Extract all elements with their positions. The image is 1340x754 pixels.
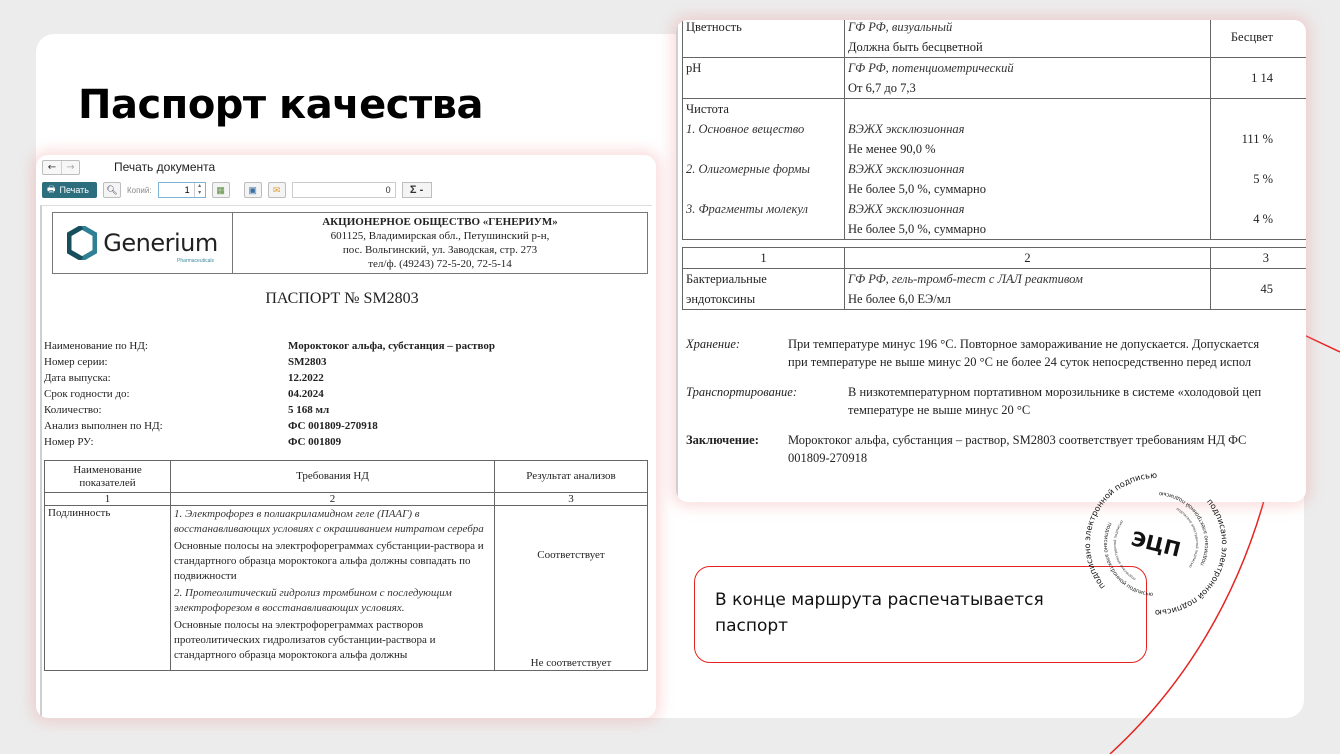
callout-line: В конце маршрута распечатывается bbox=[715, 590, 1044, 610]
method-text: 1. Электрофорез в полиакриламидном геле … bbox=[174, 507, 491, 537]
column-number: 2 bbox=[171, 493, 495, 506]
requirement-text: Не менее 90,0 % bbox=[848, 139, 1207, 159]
callout-line: паспорт bbox=[715, 616, 788, 636]
requirement-cell: ВЭЖХ эксклюзионная Не менее 90,0 % ВЭЖХ … bbox=[845, 99, 1211, 240]
info-value: 04.2024 bbox=[288, 386, 324, 402]
note-line: при температуре не выше минус 20 °С не б… bbox=[788, 355, 1251, 369]
method-text: ГФ РФ, визуальный bbox=[848, 20, 1207, 37]
note-text: В низкотемпературном портативном морозил… bbox=[848, 383, 1261, 419]
results-table: Наименование показателей Требования НД Р… bbox=[44, 460, 648, 671]
info-row: Анализ выполнен по НД:ФС 001809-270918 bbox=[44, 418, 495, 434]
info-key: Анализ выполнен по НД: bbox=[44, 418, 288, 434]
document-preview[interactable]: Generium Pharmaceuticals АКЦИОНЕРНОЕ ОБЩ… bbox=[40, 205, 652, 718]
print-button[interactable]: 🖶 Печать bbox=[42, 182, 97, 198]
svg-text:ЭЦП: ЭЦП bbox=[1129, 526, 1183, 561]
info-value: 12.2022 bbox=[288, 370, 324, 386]
table-row: Подлинность 1. Электрофорез в полиакрила… bbox=[45, 506, 648, 671]
requirement-text: Не более 6,0 ЕЭ/мл bbox=[848, 289, 1207, 309]
group-name: Чистота bbox=[686, 99, 841, 119]
company-address-2: пос. Вольгинский, ул. Заводская, стр. 27… bbox=[233, 243, 647, 257]
info-key: Наименование по НД: bbox=[44, 338, 288, 354]
method-text: ВЭЖХ эксклюзионная bbox=[848, 159, 1207, 179]
info-row: Количество:5 168 мл bbox=[44, 402, 495, 418]
table-row: Чистота 1. Основное вещество 2. Олигомер… bbox=[683, 99, 1307, 240]
preview-icon: 🔍︎ bbox=[106, 185, 117, 196]
indicator-name: Бактериальныеэндотоксины bbox=[683, 269, 845, 310]
requirement-text: Основные полосы на электрофореграммах ра… bbox=[174, 618, 491, 663]
note-text: Мороктоког альфа, субстанция – раствор, … bbox=[788, 431, 1246, 467]
requirement-text: Основные полосы на электрофореграммах су… bbox=[174, 539, 491, 584]
info-value: Мороктоког альфа, субстанция – раствор bbox=[288, 338, 495, 354]
requirement-cell: ГФ РФ, потенциометрическийОт 6,7 до 7,3 bbox=[845, 58, 1211, 99]
column-number-row: 1 2 3 bbox=[683, 248, 1307, 269]
copies-stepper[interactable]: 1 ▴▾ bbox=[158, 182, 206, 198]
column-header: Наименование показателей bbox=[45, 461, 171, 493]
window-title: Печать документа bbox=[114, 160, 215, 174]
requirement-text: От 6,7 до 7,3 bbox=[848, 78, 1207, 98]
company-header: Generium Pharmaceuticals АКЦИОНЕРНОЕ ОБЩ… bbox=[52, 212, 648, 274]
requirement-cell: ГФ РФ, гель-тромб-тест с ЛАЛ реактивомНе… bbox=[845, 269, 1211, 310]
mail-icon: ✉ bbox=[273, 185, 281, 196]
column-number: 1 bbox=[45, 493, 171, 506]
note-line: Мороктоког альфа, субстанция – раствор, … bbox=[788, 433, 1246, 447]
column-number: 3 bbox=[1211, 248, 1307, 269]
result-text: 4 % bbox=[1214, 209, 1273, 229]
indicator-name: Цветность bbox=[683, 20, 845, 58]
info-key: Номер серии: bbox=[44, 354, 288, 370]
info-key: Срок годности до: bbox=[44, 386, 288, 402]
column-number: 2 bbox=[845, 248, 1211, 269]
forward-arrow-icon[interactable]: → bbox=[61, 161, 79, 174]
save-icon: ▣ bbox=[248, 185, 257, 196]
mail-button[interactable]: ✉ bbox=[268, 182, 286, 198]
table-row: Цветность ГФ РФ, визуальныйДолжна быть б… bbox=[683, 20, 1307, 58]
note-label: Заключение: bbox=[686, 431, 788, 467]
info-value: ФС 001809-270918 bbox=[288, 418, 378, 434]
info-row: Срок годности до:04.2024 bbox=[44, 386, 495, 402]
column-number: 1 bbox=[683, 248, 845, 269]
column-number-row: 1 2 3 bbox=[45, 493, 648, 506]
copies-value[interactable]: 1 bbox=[185, 183, 195, 197]
result-cell: Соответствует Не соответствует bbox=[495, 506, 648, 671]
spin-arrows-icon[interactable]: ▴▾ bbox=[195, 183, 205, 197]
company-phone: тел/ф. (49243) 72-5-20, 72-5-14 bbox=[233, 257, 647, 271]
info-key: Номер РУ: bbox=[44, 434, 288, 450]
print-toolbar: 🖶 Печать 🔍︎ Копий: 1 ▴▾ ▦ ▣ ✉ 0 Σ - bbox=[42, 181, 432, 199]
electronic-signature-stamp-icon: подписано электронной подписью подписано… bbox=[1078, 466, 1234, 622]
table-row: pH ГФ РФ, потенциометрическийОт 6,7 до 7… bbox=[683, 58, 1307, 99]
sum-field[interactable]: 0 bbox=[292, 182, 396, 198]
result-text: Бесцвет bbox=[1211, 20, 1307, 58]
page-title: Паспорт качества bbox=[78, 82, 483, 128]
company-name: АКЦИОНЕРНОЕ ОБЩЕСТВО «ГЕНЕРИУМ» bbox=[233, 215, 647, 229]
passport-notes: Хранение: При температуре минус 196 °С. … bbox=[686, 335, 1261, 479]
passport-info: Наименование по НД:Мороктоког альфа, суб… bbox=[44, 338, 495, 450]
column-header: Требования НД bbox=[171, 461, 495, 493]
info-key: Количество: bbox=[44, 402, 288, 418]
method-text: 2. Протеолитический гидролиз тромбином с… bbox=[174, 586, 491, 616]
note-label: Хранение: bbox=[686, 335, 788, 371]
sum-mode-dropdown[interactable]: Σ - bbox=[402, 182, 432, 198]
method-text: ГФ РФ, потенциометрический bbox=[848, 58, 1207, 78]
info-value: ФС 001809 bbox=[288, 434, 341, 450]
note-text: При температуре минус 196 °С. Повторное … bbox=[788, 335, 1259, 371]
passport-title: ПАСПОРТ № SM2803 bbox=[42, 290, 642, 308]
logo-subtext: Pharmaceuticals bbox=[177, 258, 214, 264]
note-line: В низкотемпературном портативном морозил… bbox=[848, 385, 1261, 399]
result-text: 45 bbox=[1211, 269, 1307, 310]
note-label: Транспортирование: bbox=[686, 383, 848, 419]
printer-icon: 🖶 bbox=[47, 182, 56, 198]
result-cell: 111 % 5 % 4 % bbox=[1211, 99, 1307, 240]
requirement-text: Должна быть бесцветной bbox=[848, 37, 1207, 57]
edit-table-icon: ▦ bbox=[216, 185, 225, 196]
method-text: ВЭЖХ эксклюзионная bbox=[848, 199, 1207, 219]
sub-indicator: 1. Основное вещество bbox=[686, 119, 841, 139]
info-value: 5 168 мл bbox=[288, 402, 329, 418]
indicator-name: Чистота 1. Основное вещество 2. Олигомер… bbox=[683, 99, 845, 240]
company-details: АКЦИОНЕРНОЕ ОБЩЕСТВО «ГЕНЕРИУМ» 601125, … bbox=[233, 213, 647, 273]
column-number: 3 bbox=[495, 493, 648, 506]
info-row: Номер серии:SM2803 bbox=[44, 354, 495, 370]
indicator-name: Подлинность bbox=[45, 506, 171, 671]
result-text: 111 % bbox=[1214, 129, 1273, 149]
results-table-continued: Цветность ГФ РФ, визуальныйДолжна быть б… bbox=[682, 20, 1306, 310]
copies-label: Копий: bbox=[127, 186, 152, 195]
info-row: Наименование по НД:Мороктоког альфа, суб… bbox=[44, 338, 495, 354]
print-document-window: ← → Печать документа 🖶 Печать 🔍︎ Копий: … bbox=[36, 155, 656, 718]
nav-buttons: ← → bbox=[42, 160, 80, 175]
indicator-name: pH bbox=[683, 58, 845, 99]
edit-table-button[interactable]: ▦ bbox=[212, 182, 230, 198]
generium-hexagon-icon bbox=[67, 226, 97, 260]
callout-text: В конце маршрута распечатывается паспорт bbox=[715, 587, 1044, 639]
column-header: Результат анализов bbox=[495, 461, 648, 493]
logo-text: Generium bbox=[103, 229, 217, 257]
table-row: Бактериальныеэндотоксины ГФ РФ, гель-тро… bbox=[683, 269, 1307, 310]
company-logo: Generium Pharmaceuticals bbox=[53, 213, 233, 273]
note-line: При температуре минус 196 °С. Повторное … bbox=[788, 337, 1259, 351]
preview-button[interactable]: 🔍︎ bbox=[103, 182, 121, 198]
indicator-name-line: Бактериальные bbox=[686, 269, 841, 289]
requirement-text: Не более 5,0 %, суммарно bbox=[848, 179, 1207, 199]
company-address-1: 601125, Владимирская обл., Петушинский р… bbox=[233, 229, 647, 243]
result-text: 5 % bbox=[1214, 169, 1273, 189]
save-button[interactable]: ▣ bbox=[244, 182, 262, 198]
window-header: ← → Печать документа bbox=[42, 159, 215, 175]
page-break bbox=[683, 240, 1307, 248]
info-row: Номер РУ:ФС 001809 bbox=[44, 434, 495, 450]
method-text: ВЭЖХ эксклюзионная bbox=[848, 119, 1207, 139]
back-arrow-icon[interactable]: ← bbox=[43, 161, 61, 174]
info-key: Дата выпуска: bbox=[44, 370, 288, 386]
method-text: ГФ РФ, гель-тромб-тест с ЛАЛ реактивом bbox=[848, 269, 1207, 289]
requirement-cell: 1. Электрофорез в полиакриламидном геле … bbox=[171, 506, 495, 671]
table-header-row: Наименование показателей Требования НД Р… bbox=[45, 461, 648, 493]
print-button-label: Печать bbox=[60, 185, 89, 195]
sub-indicator: 2. Олигомерные формы bbox=[686, 159, 841, 179]
requirement-text: Не более 5,0 %, суммарно bbox=[848, 219, 1207, 239]
note-line: температуре не выше минус 20 °С bbox=[848, 403, 1030, 417]
sub-indicator: 3. Фрагменты молекул bbox=[686, 199, 841, 219]
passport-document-continuation: Цветность ГФ РФ, визуальныйДолжна быть б… bbox=[676, 20, 1306, 502]
requirement-cell: ГФ РФ, визуальныйДолжна быть бесцветной bbox=[845, 20, 1211, 58]
info-value: SM2803 bbox=[288, 354, 327, 370]
result-text: Не соответствует bbox=[498, 657, 644, 669]
indicator-name-line: эндотоксины bbox=[686, 289, 841, 309]
note-line: 001809-270918 bbox=[788, 451, 867, 465]
info-row: Дата выпуска:12.2022 bbox=[44, 370, 495, 386]
conclusion-note: Заключение: Мороктоког альфа, субстанция… bbox=[686, 431, 1261, 467]
result-text: Соответствует bbox=[498, 549, 644, 561]
storage-note: Хранение: При температуре минус 196 °С. … bbox=[686, 335, 1261, 371]
result-text: 1 14 bbox=[1211, 58, 1307, 99]
transport-note: Транспортирование: В низкотемпературном … bbox=[686, 383, 1261, 419]
document-page[interactable]: Цветность ГФ РФ, визуальныйДолжна быть б… bbox=[676, 20, 1306, 502]
